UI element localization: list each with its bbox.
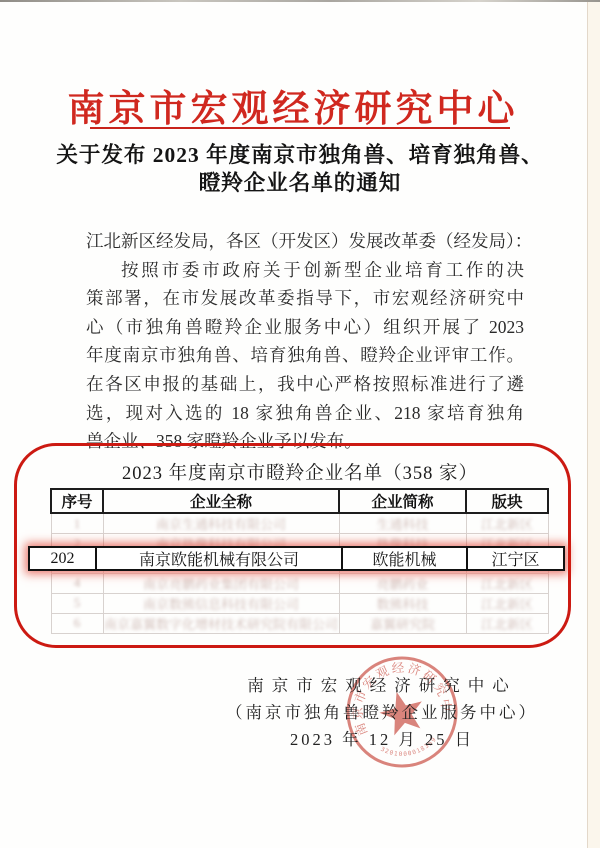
cell-district: 江北新区 [466, 573, 548, 593]
signature-org-alt: （南京市独角兽瞪羚企业服务中心） [172, 699, 592, 726]
cell-no: 202 [30, 548, 97, 569]
col-header-no: 序号 [51, 489, 103, 513]
table-title: 2023 年度南京市瞪羚企业名单（358 家） [40, 459, 560, 485]
table-row: 5 南京数熊信息科技有限公司 数熊科技 江北新区 [51, 593, 548, 613]
cell-district: 江北新区 [466, 593, 548, 613]
cell-short-name: 生通科技 [339, 513, 466, 534]
salutation-line: 江北新区经发局，各区（开发区）发展改革委（经发局）： [86, 227, 524, 256]
body-line: 策部署，在市发展改革委指导下，市宏观经济研究中 [86, 284, 524, 313]
cell-district: 江北新区 [466, 513, 548, 534]
cell-short-name: 嘉翼研究院 [339, 613, 466, 633]
signature-date: 2023 年 12 月 25 日 [172, 726, 592, 753]
cell-full-name: 南京亮鹏药业集团有限公司 [103, 573, 339, 593]
body-line: 选，现对入选的 18 家独角兽企业、218 家培育独角 [86, 399, 524, 428]
table-header-row: 序号 企业全称 企业简称 版块 [51, 489, 548, 513]
cell-full-name: 南京欧能机械有限公司 [97, 548, 343, 569]
col-header-district: 版块 [466, 489, 548, 513]
document-title-line1: 关于发布 2023 年度南京市独角兽、培育独角兽、 [40, 141, 560, 169]
cell-no: 6 [51, 613, 103, 633]
cell-short-name: 欧能机械 [343, 548, 468, 569]
signature-block: 南京市宏观经济研究中心 （南京市独角兽瞪羚企业服务中心） 2023 年 12 月… [172, 672, 592, 753]
cell-short-name: 数熊科技 [339, 593, 466, 613]
document-title: 关于发布 2023 年度南京市独角兽、培育独角兽、 瞪羚企业名单的通知 [40, 141, 560, 197]
body-line: 在各区申报的基础上，我中心严格按照标准进行了遴 [86, 370, 524, 399]
body-line: 年度南京市独角兽、培育独角兽、瞪羚企业评审工作。 [86, 341, 524, 370]
document-title-line2: 瞪羚企业名单的通知 [40, 169, 560, 197]
highlighted-table-row-202: 202 南京欧能机械有限公司 欧能机械 江宁区 [28, 546, 565, 571]
cell-no: 1 [51, 513, 103, 534]
scan-edge-top [0, 0, 600, 2]
table-row: 4 南京亮鹏药业集团有限公司 亮鹏药业 江北新区 [51, 573, 548, 593]
body-line: 心（市独角兽瞪羚企业服务中心）组织开展了 2023 [86, 313, 524, 342]
cell-district: 江北新区 [466, 613, 548, 633]
cell-full-name: 南京数熊信息科技有限公司 [103, 593, 339, 613]
red-divider-line [90, 127, 510, 129]
cell-short-name: 亮鹏药业 [339, 573, 466, 593]
cell-full-name: 南京嘉翼数字化增材技术研究院有限公司 [103, 613, 339, 633]
body-line: 按照市委市政府关于创新型企业培育工作的决 [86, 256, 524, 285]
table-row: 1 南京生通科技有限公司 生通科技 江北新区 [51, 513, 548, 534]
col-header-short-name: 企业简称 [339, 489, 466, 513]
cell-no: 5 [51, 593, 103, 613]
table-row: 6 南京嘉翼数字化增材技术研究院有限公司 嘉翼研究院 江北新区 [51, 613, 548, 633]
org-title: 南京市宏观经济研究中心 [0, 78, 586, 132]
cell-full-name: 南京生通科技有限公司 [103, 513, 339, 534]
signature-org: 南京市宏观经济研究中心 [172, 672, 592, 699]
cell-no: 4 [51, 573, 103, 593]
cell-district: 江宁区 [468, 548, 563, 569]
col-header-full-name: 企业全称 [103, 489, 339, 513]
body-text: 江北新区经发局，各区（开发区）发展改革委（经发局）： 按照市委市政府关于创新型企… [86, 227, 524, 456]
scanned-document-page: 南京市宏观经济研究中心 关于发布 2023 年度南京市独角兽、培育独角兽、 瞪羚… [0, 0, 600, 848]
